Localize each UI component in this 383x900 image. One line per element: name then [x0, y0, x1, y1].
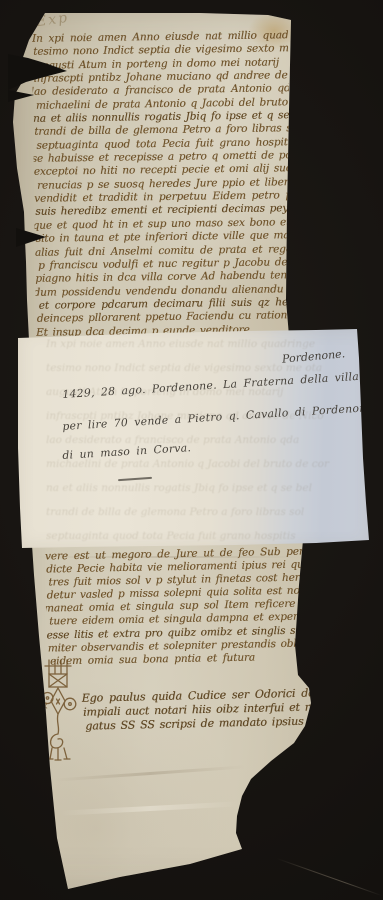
- bleed-line: septuaginta quod tota Pecia fuit grano h…: [46, 524, 358, 544]
- crease-line: [55, 765, 245, 781]
- bleed-line: na et aliis nonnullis rogatis Jbiq fo ip…: [46, 476, 358, 500]
- bleedthrough-text: In xpi noie amen Anno eiusde nat millio …: [46, 332, 358, 544]
- charter-text-lower: vere est ut megoro de Jure ut de feo Sub…: [45, 545, 310, 669]
- scratch-mark: [277, 858, 383, 896]
- charter-text-top: In xpi noie amen Anno eiusde nat millio …: [32, 29, 292, 337]
- notary-subscription: Ego paulus quida Cudice ser Odorici de b…: [82, 686, 325, 735]
- archivist-note: In xpi noie amen Anno eiusde nat millio …: [16, 328, 372, 549]
- bleed-line: trandi de billa de glemona Petro a foro …: [46, 500, 358, 524]
- notary-signum-icon: [40, 658, 82, 762]
- photo-stage: Exp In xpi noie amen Anno eiusde nat mil…: [0, 0, 383, 900]
- crease-line: [60, 801, 240, 815]
- corner-scribble: Exp: [35, 11, 70, 29]
